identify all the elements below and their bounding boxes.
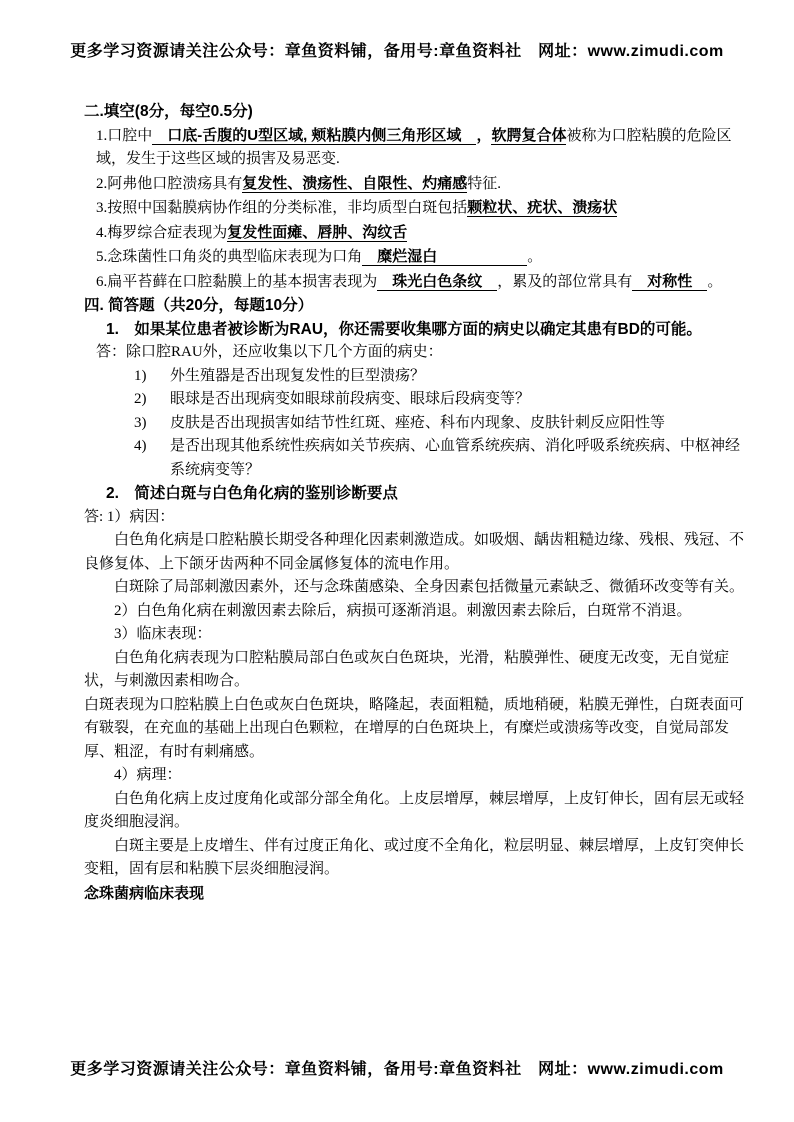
tail-heading: 念珠菌病临床表现 [84, 882, 744, 906]
answer-1-point-3: 3)皮肤是否出现损害如结节性红斑、痤疮、科布内现象、皮肤针刺反应阳性等 [134, 412, 744, 436]
fill-item-5-text: 5.念珠菌性口角炎的典型临床表现为口角 [96, 249, 362, 265]
fill-item-1-blank-1: 口底-舌腹的U型区域, 颊粘膜内侧三角形区域 [152, 127, 476, 145]
fill-item-5: 5.念珠菌性口角炎的典型临床表现为口角 糜烂湿白 。 [84, 245, 744, 270]
point-text: 皮肤是否出现损害如结节性红斑、痤疮、科布内现象、皮肤针刺反应阳性等 [170, 412, 744, 436]
fill-item-1-text: 1.口腔中 [96, 128, 152, 144]
page-footer-text: 更多学习资源请关注公众号：章鱼资料铺，备用号:章鱼资料社 网址：www.zimu… [60, 1056, 734, 1079]
answer-1-point-2: 2)眼球是否出现病变如眼球前段病变、眼球后段病变等？ [134, 388, 744, 412]
page-header-text: 更多学习资源请关注公众号：章鱼资料铺，备用号:章鱼资料社 网址：www.zimu… [60, 38, 734, 61]
fill-item-2: 2.阿弗他口腔溃疡具有复发性、溃疡性、自限性、灼痛感特征. [84, 172, 744, 197]
answer-2-paragraph-8: 4）病理： [84, 764, 744, 788]
answer-1-intro: 答：除口腔RAU外，还应收集以下几个方面的病史： [96, 341, 744, 365]
answer-2-paragraph-6: 白色角化病表现为口腔粘膜局部白色或灰白色斑块，光滑，粘膜弹性、硬度无改变，无自觉… [84, 647, 744, 694]
question-2-title: 2. 简述白斑与白色角化病的鉴别诊断要点 [106, 482, 744, 506]
answer-1-point-1: 1)外生殖器是否出现复发性的巨型溃疡？ [134, 365, 744, 389]
answer-2-paragraph-2: 白色角化病是口腔粘膜长期受各种理化因素刺激造成。如吸烟、龋齿粗糙边缘、残根、残冠… [84, 529, 744, 576]
point-number: 4) [134, 435, 170, 482]
fill-item-5-blank: 糜烂湿白 [362, 248, 527, 266]
point-number: 2) [134, 388, 170, 412]
fill-item-2-blank: 复发性、溃疡性、自限性、灼痛感 [242, 175, 467, 193]
answer-2-paragraph-10: 白斑主要是上皮增生、伴有过度正角化、或过度不全角化，粒层明显、棘层增厚，上皮钉突… [84, 835, 744, 882]
document-content: 二.填空(8分，每空0.5分) 1.口腔中 口底-舌腹的U型区域, 颊粘膜内侧三… [84, 100, 744, 905]
point-number: 3) [134, 412, 170, 436]
fill-item-4-blank: 复发性面瘫、唇肿、沟纹舌 [227, 224, 407, 242]
point-text: 外生殖器是否出现复发性的巨型溃疡？ [170, 365, 744, 389]
fill-item-4-text: 4.梅罗综合症表现为 [96, 225, 227, 241]
answer-2-paragraph-3: 白斑除了局部刺激因素外，还与念珠菌感染、全身因素包括微量元素缺乏、微循环改变等有… [84, 576, 744, 600]
answer-2-paragraph-7: 白斑表现为口腔粘膜上白色或灰白色斑块，略隆起，表面粗糙，质地稍硬，粘膜无弹性，白… [84, 694, 744, 765]
point-text: 眼球是否出现病变如眼球前段病变、眼球后段病变等？ [170, 388, 744, 412]
answer-2-paragraph-5: 3）临床表现： [84, 623, 744, 647]
fill-item-4: 4.梅罗综合症表现为复发性面瘫、唇肿、沟纹舌 [84, 221, 744, 246]
answer-2-paragraph-4: 2）白色角化病在刺激因素去除后，病损可逐渐消退。刺激因素去除后，白斑常不消退。 [84, 600, 744, 624]
fill-item-6-tail: 。 [707, 274, 722, 290]
fill-item-3-text: 3.按照中国黏膜病协作组的分类标准，非均质型白斑包括 [96, 200, 467, 216]
fill-item-6: 6.扁平苔藓在口腔黏膜上的基本损害表现为 珠光白色条纹 ，累及的部位常具有 对称… [84, 270, 744, 295]
fill-item-3: 3.按照中国黏膜病协作组的分类标准，非均质型白斑包括颗粒状、疣状、溃疡状 [84, 196, 744, 221]
fill-item-6-blank-1: 珠光白色条纹 [377, 273, 497, 291]
question-1-title: 1. 如果某位患者被诊断为RAU，你还需要收集哪方面的病史以确定其患有BD的可能… [106, 318, 744, 342]
shortanswer-section-title: 四. 简答题（共20分，每题10分） [84, 294, 744, 318]
fill-item-2-tail: 特征. [467, 176, 501, 192]
answer-2-paragraph-9: 白色角化病上皮过度角化或部分部全角化。上皮层增厚，棘层增厚，上皮钉伸长，固有层无… [84, 788, 744, 835]
fill-item-5-tail: 。 [527, 249, 542, 265]
fill-item-6-mid: ，累及的部位常具有 [497, 274, 632, 290]
fill-item-1-blank-2: 软腭复合体 [491, 127, 566, 145]
fill-item-2-text: 2.阿弗他口腔溃疡具有 [96, 176, 242, 192]
document-page: 更多学习资源请关注公众号：章鱼资料铺，备用号:章鱼资料社 网址：www.zimu… [0, 0, 794, 1122]
fill-item-1-comma: ， [476, 127, 491, 144]
fill-item-1: 1.口腔中 口底-舌腹的U型区域, 颊粘膜内侧三角形区域 ，软腭复合体被称为口腔… [84, 124, 744, 172]
point-number: 1) [134, 365, 170, 389]
point-text: 是否出现其他系统性疾病如关节疾病、心血管系统疾病、消化呼吸系统疾病、中枢神经系统… [170, 435, 744, 482]
answer-1-point-4: 4)是否出现其他系统性疾病如关节疾病、心血管系统疾病、消化呼吸系统疾病、中枢神经… [134, 435, 744, 482]
fill-item-3-blank: 颗粒状、疣状、溃疡状 [467, 199, 617, 217]
answer-2-paragraph-1: 答: 1）病因： [84, 506, 744, 530]
fill-section-title: 二.填空(8分，每空0.5分) [84, 100, 744, 124]
fill-item-6-text: 6.扁平苔藓在口腔黏膜上的基本损害表现为 [96, 274, 377, 290]
fill-item-6-blank-2: 对称性 [632, 273, 707, 291]
